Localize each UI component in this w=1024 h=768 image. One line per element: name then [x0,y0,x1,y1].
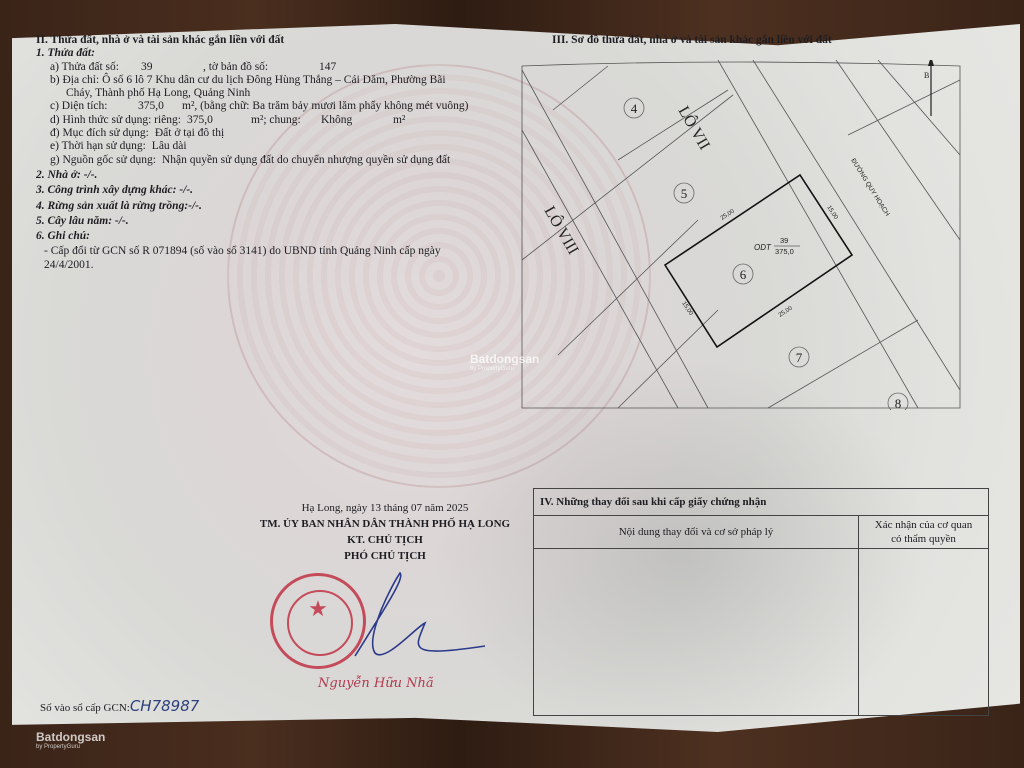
usage-purpose-row: đ) Mục đích sử dụng: Đất ở tại đô thị [36,127,506,140]
column-header-changes: Nội dung thay đổi và cơ sở pháp lý [534,516,859,549]
lot-8: 8 [895,396,902,410]
issue-date: Hạ Long, ngày 13 tháng 07 năm 2025 [230,500,540,516]
lot-7: 7 [796,350,803,365]
usage-form-row: d) Hình thức sử dụng: riêng: 375,0 m²; c… [36,114,506,127]
address: Ô số 6 lô 7 Khu dân cư du lịch Đông Hùng… [102,74,446,86]
parcel-area-label: 375,0 [775,247,794,256]
watermark-center: Batdongsanby PropertyGuru [470,352,539,372]
section-4-title: IV. Những thay đổi sau khi cấp giấy chứn… [534,489,989,516]
watermark-corner: Batdongsanby PropertyGuru [36,730,105,750]
block-label-vii: LÔ VII [675,103,715,153]
parcel-number: 39 [125,61,197,74]
section-2-title: II. Thửa đất, nhà ở và tài sản khác gắn … [36,34,506,47]
north-arrow: B [924,71,929,80]
changes-table: IV. Những thay đổi sau khi cấp giấy chứn… [533,488,989,716]
area-row: c) Diện tích: 375,0 m², (bằng chữ: Ba tr… [36,100,506,113]
signature-block: Hạ Long, ngày 13 tháng 07 năm 2025 TM. Ủ… [230,500,540,564]
signer-name: Nguyễn Hữu Nhã [318,676,434,691]
forest-item: 4. Rừng sản xuất là rừng trồng:-/-. [36,200,506,213]
origin-row: g) Nguồn gốc sử dụng: Nhận quyền sử dụng… [36,154,506,167]
parcel-code: ODT [754,243,772,252]
registry-number-value: CH78987 [130,697,199,715]
lot-5: 5 [681,186,688,201]
map-sheet-number: 147 [319,61,336,74]
notes-heading: 6. Ghi chú: [36,230,506,243]
section-land-info: II. Thửa đất, nhà ở và tài sản khác gắn … [36,34,506,272]
area-value: 375,0 [138,100,176,113]
handwritten-signature-icon [345,568,505,668]
lot-6: 6 [740,267,747,282]
block-label-viii: LÔ VIII [541,203,584,258]
address-row: b) Địa chỉ: Ô số 6 lô 7 Khu dân cư du lị… [36,74,506,87]
edge-length-right: 15,00 [825,205,839,221]
road-label: ĐƯỜNG QUY HOẠCH [849,156,892,218]
confirmation-cell [859,549,989,716]
notes-text-2: 24/4/2001. [36,259,506,272]
house-item: 2. Nhà ở: -/-. [36,169,506,182]
parcel-number-label: 39 [780,236,788,245]
parcel-number-row: a) Thửa đất số: 39 , tờ bản đồ số: 147 [36,61,506,74]
issuing-authority: TM. ỦY BAN NHÂN DÂN THÀNH PHỐ HẠ LONG [230,516,540,532]
perennial-item: 5. Cây lâu năm: -/-. [36,215,506,228]
signer-role-1: KT. CHỦ TỊCH [230,532,540,548]
edge-length-bottom: 25,00 [778,305,794,319]
usage-term-row: e) Thời hạn sử dụng: Lâu dài [36,140,506,153]
section-3-title: III. Sơ đồ thửa đất, nhà ở và tài sản kh… [552,34,832,46]
notes-text: - Cấp đổi từ GCN số R 071894 (số vào sổ … [36,245,506,258]
edge-length-left: 15,00 [680,301,694,317]
parcel-map: B LÔ VII LÔ VIII ĐƯỜNG QUY HOẠCH 4 5 6 7… [518,60,964,410]
changes-cell [534,549,859,716]
column-header-confirmation: Xác nhận của cơ quan có thẩm quyền [859,516,989,549]
land-heading: 1. Thửa đất: [36,47,506,60]
construction-item: 3. Công trình xây dựng khác: -/-. [36,184,506,197]
lot-4: 4 [631,101,638,116]
registry-number: Số vào sổ cấp GCN:CH78987 [40,697,199,715]
address-line2: Cháy, Thành phố Hạ Long, Quảng Ninh [36,87,506,100]
signer-role-2: PHÓ CHỦ TỊCH [230,548,540,564]
